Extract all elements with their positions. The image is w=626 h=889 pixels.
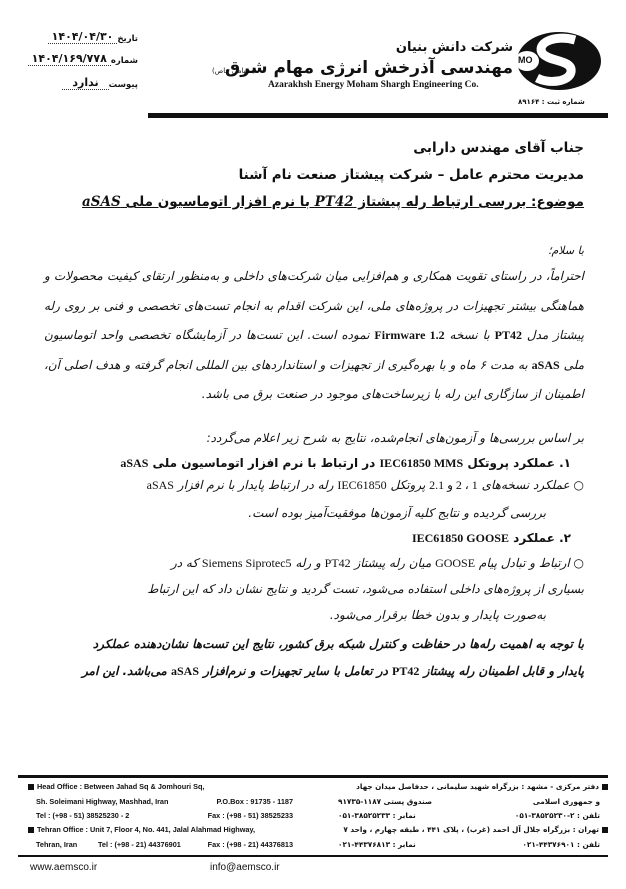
intro-paragraph: احتراماً، در راستای تقویت همکاری و هم‌اف… (44, 262, 584, 410)
section-1-bullet-cont: بررسی گردیده و نتایج کلیه آزمون‌ها موفقی… (248, 506, 546, 520)
number-row: شماره ۱۴۰۴/۱۶۹/۷۷۸ (38, 52, 138, 66)
greeting: با سلام؛ (548, 244, 584, 257)
square-bullet-icon (28, 784, 34, 790)
number-label: شماره (111, 56, 138, 66)
recipient-name: جناب آقای مهندس دارابی (413, 140, 584, 156)
company-legal-type: (سهامی خاص) (212, 67, 255, 75)
conclusion-line-2: پایدار و قابل اطمینان رله پیشتاز PT42 در… (82, 664, 584, 679)
footer-fa-head-office-2: و جمهوری اسلامی صندوق پستی ۱۱۸۷-۹۱۷۳۵ (338, 797, 608, 806)
section-2-bullet: ○ ارتباط و تبادل پیام GOOSE میان رله پیش… (171, 556, 584, 571)
date-label: تاریخ (117, 34, 138, 44)
company-name-en: Azarakhsh Energy Moham Shargh Engineerin… (268, 80, 479, 90)
attachment-label: پیوست (109, 80, 138, 90)
date-value: ۱۴۰۴/۰۴/۳۰ (48, 30, 118, 44)
square-bullet-icon (28, 827, 34, 833)
square-bullet-icon (602, 784, 608, 790)
footer-en-head-office-2: Sh. Soleimani Highway, Mashhad, Iran P.O… (28, 797, 293, 806)
recipient-title: مدیریت محترم عامل – شرکت پیشتاز صنعت نام… (239, 167, 584, 183)
footer-top-rule (18, 775, 608, 778)
section-1-bullet: ○ عملکرد نسخه‌های 1 ، 2 و 2.1 پروتکل IEC… (147, 478, 584, 493)
footer-bottom-rule (18, 855, 608, 857)
section-2-bullet-cont-2: به‌صورت پایدار و بدون خطا برقرار می‌شود. (330, 608, 546, 622)
letter-subject: موضوع: بررسی ارتباط رله پیشتاز PT42 با ن… (82, 194, 584, 210)
date-row: تاریخ ۱۴۰۴/۰۴/۳۰ (38, 30, 138, 44)
section-2-heading: ۲. عملکرد IEC61850 GOOSE (412, 531, 571, 546)
company-logo: MO (513, 30, 603, 92)
header-divider (148, 113, 608, 118)
company-type: شرکت دانش بنیان (396, 40, 513, 55)
bullet-circle-icon: ○ (570, 556, 584, 570)
attachment-value: ندارد (62, 76, 108, 90)
footer-en-head-office-tel: Tel : (+98 - 51) 38525230 - 2 Fax : (+98… (28, 811, 293, 820)
footer-en-tehran-2: Tehran, Iran Tel : (+98 - 21) 44376901 F… (28, 840, 293, 849)
section-1-heading: ۱. عملکرد پروتکل IEC61850 MMS در ارتباط … (120, 456, 571, 471)
bullet-circle-icon: ○ (570, 478, 584, 492)
footer-en-tehran-1: Tehran Office : Unit 7, Floor 4, No. 441… (28, 825, 255, 834)
section-2-bullet-cont-1: بسیاری از پروژه‌های داخلی استفاده می‌شود… (147, 582, 584, 596)
footer-fa-tehran-2: تلفن : ۴۴۳۷۶۹۰۱-۰۲۱ نمابر : ۴۴۳۷۶۸۱۳-۰۲۱ (338, 840, 608, 849)
footer-fa-tehran-1: تهران : بزرگراه جلال آل احمد (غرب) ، پلا… (343, 825, 608, 834)
conclusion-line-1: با توجه به اهمیت رله‌ها در حفاظت و کنترل… (93, 637, 584, 651)
footer-fa-head-office-tel: تلفن : ۲-۳۸۵۲۵۲۳۰-۰۵۱ نمابر : ۳۸۵۲۵۲۳۳-۰… (338, 811, 608, 820)
company-name-fa: مهندسی آذرخش انرژی مهام شرق (225, 58, 513, 78)
footer-en-head-office-1: Head Office : Between Jahad Sq & Jomhour… (28, 782, 204, 791)
logo-text: MO (518, 55, 533, 65)
footer-fa-head-office-1: دفتر مرکزی - مشهد : بزرگراه شهید سلیمانی… (356, 782, 608, 791)
subject-software: aSAS (82, 194, 121, 210)
results-intro: بر اساس بررسی‌ها و آزمون‌های انجام‌شده، … (207, 431, 584, 445)
number-value: ۱۴۰۴/۱۶۹/۷۷۸ (28, 52, 111, 66)
email-link[interactable]: info@aemsco.ir (210, 862, 280, 873)
registration-number: شماره ثبت : ۸۹۱۶۴ (518, 98, 585, 106)
square-bullet-icon (602, 827, 608, 833)
attachment-row: پیوست ندارد (38, 76, 138, 90)
subject-model: PT42 (315, 194, 354, 210)
website-link[interactable]: www.aemsco.ir (30, 862, 97, 873)
